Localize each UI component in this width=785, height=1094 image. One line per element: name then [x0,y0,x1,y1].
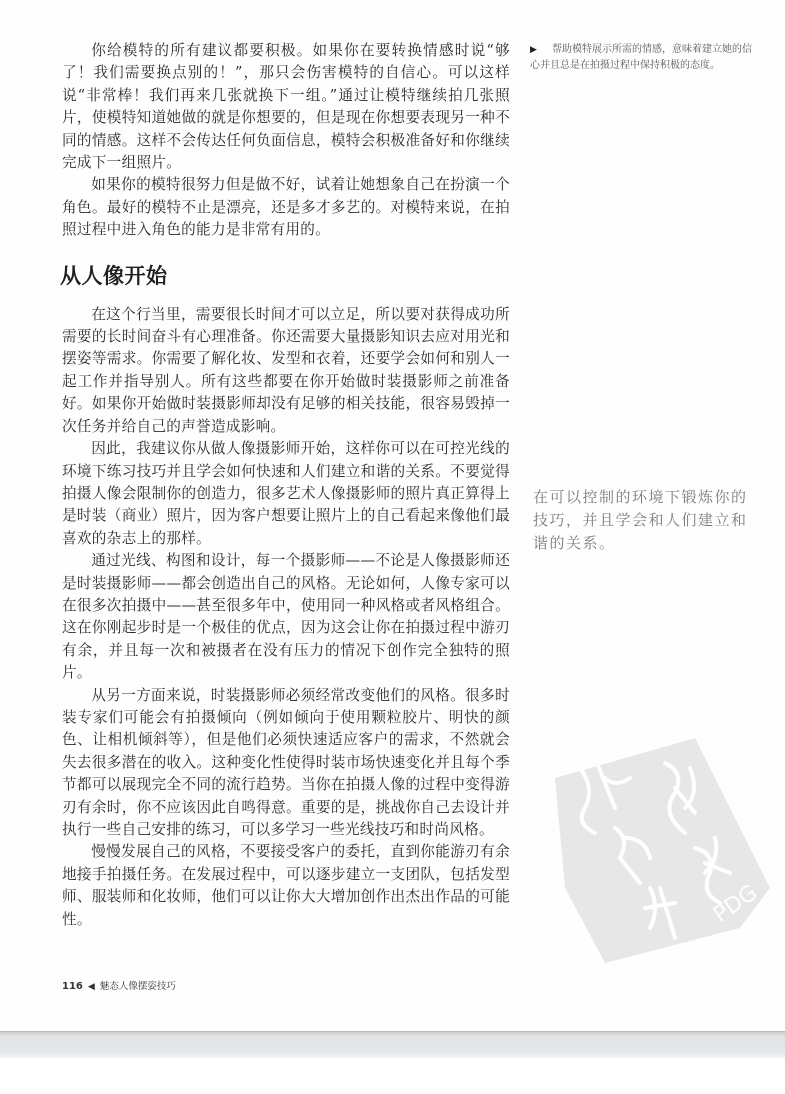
running-title: 魅态人像摆姿技巧 [100,981,176,992]
pull-quote: 在可以控制的环境下锻炼你的技巧，并且学会和人们建立和谐的关系。 [533,486,758,555]
main-text-column: 你给模特的所有建议都要积极。如果你在要转换情感时说“够了！我们需要换点别的！”，… [62,40,510,931]
paragraph: 在这个行当里，需要很长时间才可以立足，所以要对获得成功所需要的长时间奋斗有心理准… [62,304,510,438]
page-number: 116 [62,981,83,992]
paragraph: 如果你的模特很努力但是做不好，试着让她想象自己在扮演一个角色。最好的模特不止是漂… [62,174,510,241]
paragraph: 因此，我建议你从做人像摄影师开始，这样你可以在可控光线的环境下练习技巧并且学会如… [62,438,510,550]
paragraph: 慢慢发展自己的风格，不要接受客户的委托，直到你能游刃有余地接手拍摄任务。在发展过… [62,841,510,931]
book-page: 你给模特的所有建议都要积极。如果你在要转换情感时说“够了！我们需要换点别的！”，… [0,0,785,1030]
paragraph: 从另一方面来说，时装摄影师必须经常改变他们的风格。很多时装专家们可能会有拍摄倾向… [62,685,510,842]
left-triangle-icon: ◀ [88,982,95,992]
caption-marker-icon: ▶ [530,43,552,58]
seal-stamp-icon: PDG [545,738,775,968]
page-footer: 116 ◀ 魅态人像摆姿技巧 [62,978,176,992]
section-heading: 从人像开始 [60,262,510,290]
paragraph: 你给模特的所有建议都要积极。如果你在要转换情感时说“够了！我们需要换点别的！”，… [62,40,510,174]
caption-sidenote: ▶帮助模特展示所需的情感，意味着建立她的信心并且总是在拍摄过程中保持积极的态度。 [530,42,755,73]
scan-binding-band [0,1032,785,1058]
paragraph: 通过光线、构图和设计，每一个摄影师——不论是人像摄影师还是时装摄影师——都会创造… [62,550,510,684]
caption-text: 帮助模特展示所需的情感，意味着建立她的信心并且总是在拍摄过程中保持积极的态度。 [530,44,752,71]
